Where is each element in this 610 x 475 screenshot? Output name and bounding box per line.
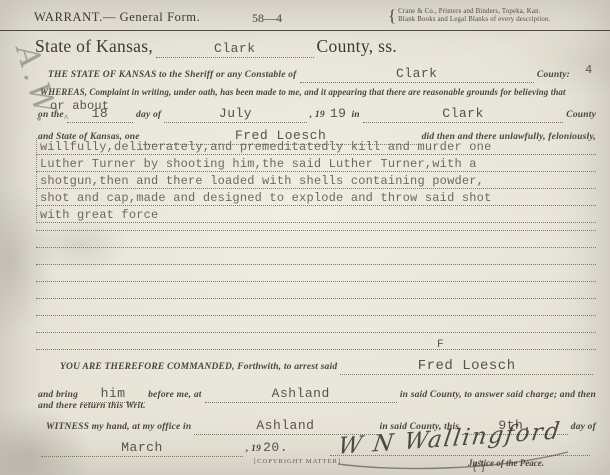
charge-text-3: shotgun,then and there loaded with shell… xyxy=(40,174,484,188)
charge-line: shotgun,then and there loaded with shell… xyxy=(36,172,596,189)
county2-label: County xyxy=(566,110,596,120)
printer-imprint: { Crane & Co., Printers and Binders, Top… xyxy=(388,6,551,26)
whereas-line: WHEREAS, Complaint in writing, under oat… xyxy=(40,87,600,97)
blank-rule xyxy=(36,315,596,316)
warrant-document: WARRANT.— General Form. 58—4 { Crane & C… xyxy=(0,0,610,475)
command-defendant-blank: Fred Loesch xyxy=(340,356,593,375)
before-label: before me, at xyxy=(148,390,202,400)
witness-month-blank: March xyxy=(41,438,243,457)
printer-line-2: Blank Books and Legal Blanks of every de… xyxy=(398,16,550,25)
address-county-typed: Clark xyxy=(396,66,438,81)
pencil-mark-4: 4 xyxy=(585,63,592,77)
witness-month-typed: March xyxy=(121,440,163,455)
year-print-label: , 19 xyxy=(310,110,325,120)
charge-line: with great force xyxy=(36,206,596,223)
day-of-label: day of xyxy=(136,110,161,120)
charge-text-2: Luther Turner by shooting him,the said L… xyxy=(40,157,477,171)
bring-post: in said County, to answer said charge; a… xyxy=(400,390,596,400)
justice-title: Justice of the Peace. xyxy=(468,458,544,468)
address-line: THE STATE OF KANSAS to the Sheriff or an… xyxy=(48,64,570,83)
address-pre: THE STATE OF KANSAS to the Sheriff or an… xyxy=(48,70,297,80)
place-typed: Ashland xyxy=(272,386,330,401)
command-pre: YOU ARE THEREFORE COMMANDED, Forthwith, … xyxy=(60,362,337,372)
office-typed: Ashland xyxy=(256,418,314,433)
form-title: WARRANT.— General Form. xyxy=(34,10,200,25)
brace-glyph: { xyxy=(388,6,396,26)
witness-year-typed: 20. xyxy=(263,440,288,455)
form-number: 58—4 xyxy=(252,11,282,26)
month-typed: July xyxy=(219,106,252,121)
day-blank: 18 xyxy=(67,104,133,123)
blank-rule xyxy=(36,247,596,248)
command-line: YOU ARE THEREFORE COMMANDED, Forthwith, … xyxy=(60,356,596,375)
printer-line-1: Crane & Co., Printers and Binders, Topek… xyxy=(398,8,550,17)
blank-rule xyxy=(36,332,596,333)
copyright-notice: [COPYRIGHT MATTER] xyxy=(254,458,341,465)
county2-typed: Clark xyxy=(442,106,484,121)
header-rule xyxy=(0,30,610,31)
county2-blank: Clark xyxy=(363,104,564,123)
charge-text-4: shot and cap,made and designed to explod… xyxy=(40,191,491,205)
year-typed: 19 xyxy=(330,106,347,121)
command-defendant-typed: Fred Loesch xyxy=(418,358,516,374)
blank-rule xyxy=(36,349,596,350)
stray-f-mark: F xyxy=(437,339,444,351)
charge-text-5: with great force xyxy=(40,208,158,222)
date-line: on the 18 day of July , 19 19 in Clark C… xyxy=(38,104,596,123)
witness-pre: WITNESS my hand, at my office in xyxy=(46,422,191,432)
charge-line: shot and cap,made and designed to explod… xyxy=(36,189,596,206)
bring-label: and bring xyxy=(38,390,78,400)
state-label: State of Kansas, xyxy=(35,36,153,57)
witness-year-print: , 19 xyxy=(246,444,261,454)
month-year-line: March , 19 20. xyxy=(38,438,288,457)
charge-line: Luther Turner by shooting him,the said L… xyxy=(36,155,596,172)
writ-line: and there return this Writ. xyxy=(38,401,146,411)
writ-text: and there return this Writ. xyxy=(38,401,146,411)
month-blank: July xyxy=(164,104,307,123)
county-ss-label: County, ss. xyxy=(317,36,397,57)
blank-rule xyxy=(36,264,596,265)
him-typed: him xyxy=(101,386,126,401)
charge-line: willfully,deliberately,and premeditatedl… xyxy=(36,138,596,155)
county-blank: Clark xyxy=(156,39,314,58)
address-county-blank: Clark xyxy=(300,64,534,83)
place-blank: Ashland xyxy=(205,384,397,403)
in-label: in xyxy=(351,110,359,120)
blank-rule xyxy=(36,298,596,299)
county-typed: Clark xyxy=(214,41,256,56)
caption-line: State of Kansas, Clark County, ss. xyxy=(35,36,397,58)
blank-rule xyxy=(36,230,596,231)
blank-rule xyxy=(36,281,596,282)
charge-text-1: willfully,deliberately,and premeditatedl… xyxy=(40,140,491,154)
address-post: County: xyxy=(537,70,570,80)
day-typed: 18 xyxy=(92,106,109,121)
whereas-text: WHEREAS, Complaint in writing, under oat… xyxy=(40,87,566,97)
